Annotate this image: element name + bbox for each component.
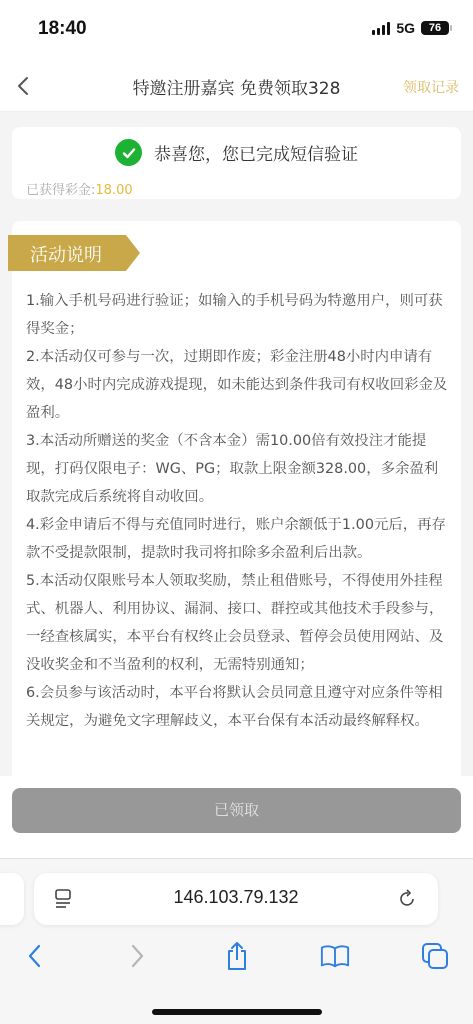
status-bar: 18:40 5G 76 bbox=[0, 0, 473, 60]
claim-record-link[interactable]: 领取记录 bbox=[403, 77, 459, 97]
verification-status: 恭喜您，您已完成短信验证 bbox=[12, 139, 461, 166]
browser-back-button[interactable] bbox=[20, 941, 50, 971]
bookmarks-button[interactable] bbox=[320, 941, 350, 971]
address-bar[interactable]: 146.103.79.132 bbox=[34, 873, 438, 925]
share-icon bbox=[224, 941, 250, 971]
forward-icon bbox=[127, 943, 147, 969]
share-button[interactable] bbox=[222, 941, 252, 971]
verification-card: 恭喜您，您已完成短信验证 已获得彩金:18.00 bbox=[12, 127, 461, 199]
rules-tag-label: 活动说明 bbox=[30, 241, 102, 267]
status-indicators: 5G 76 bbox=[372, 20, 449, 36]
browser-forward-button[interactable] bbox=[122, 941, 152, 971]
previous-tab-preview[interactable] bbox=[0, 873, 24, 925]
url-text[interactable]: 146.103.79.132 bbox=[34, 887, 438, 908]
status-time: 18:40 bbox=[38, 18, 87, 40]
bonus-earned: 已获得彩金:18.00 bbox=[26, 179, 133, 198]
back-icon bbox=[25, 943, 45, 969]
battery-icon: 76 bbox=[421, 21, 449, 35]
claim-footer: 已领取 bbox=[0, 776, 473, 858]
rule-item: 1.输入手机号码进行验证；如输入的手机号码为特邀用户，则可获得奖金； bbox=[26, 287, 449, 343]
tabs-button[interactable] bbox=[420, 941, 450, 971]
bonus-label: 已获得彩金: bbox=[26, 183, 95, 198]
signal-icon bbox=[372, 21, 390, 35]
rule-item: 5.本活动仅限账号本人领取奖励，禁止租借账号，不得使用外挂程式、机器人、利用协议… bbox=[26, 567, 449, 679]
rule-item: 2.本活动仅可参与一次，过期即作废；彩金注册48小时内申请有效，48小时内完成游… bbox=[26, 343, 449, 427]
network-type: 5G bbox=[396, 20, 415, 36]
rule-item: 4.彩金申请后不得与充值同时进行，账户余额低于1.00元后，再存款不受提款限制，… bbox=[26, 511, 449, 567]
bonus-value: 18.00 bbox=[95, 183, 132, 198]
verification-message: 恭喜您，您已完成短信验证 bbox=[154, 140, 358, 165]
rules-card: 活动说明 1.输入手机号码进行验证；如输入的手机号码为特邀用户，则可获得奖金； … bbox=[12, 221, 461, 781]
reload-icon[interactable] bbox=[398, 888, 418, 910]
claim-button[interactable]: 已领取 bbox=[12, 788, 461, 833]
rules-list: 1.输入手机号码进行验证；如输入的手机号码为特邀用户，则可获得奖金； 2.本活动… bbox=[26, 287, 449, 735]
browser-toolbar: 146.103.79.132 bbox=[0, 858, 473, 1024]
check-circle-icon bbox=[115, 139, 142, 166]
bookmarks-icon bbox=[320, 943, 350, 969]
tabs-icon bbox=[421, 942, 449, 970]
home-indicator bbox=[152, 1009, 322, 1015]
rules-tag: 活动说明 bbox=[8, 235, 126, 271]
nav-bar: 特邀注册嘉宾 免费领取328 领取记录 bbox=[0, 60, 473, 112]
rule-item: 6.会员参与该活动时，本平台将默认会员同意且遵守对应条件等相关规定，为避免文字理… bbox=[26, 679, 449, 735]
rule-item: 3.本活动所赠送的奖金（不含本金）需10.00倍有效投注才能提现，打码仅限电子：… bbox=[26, 427, 449, 511]
